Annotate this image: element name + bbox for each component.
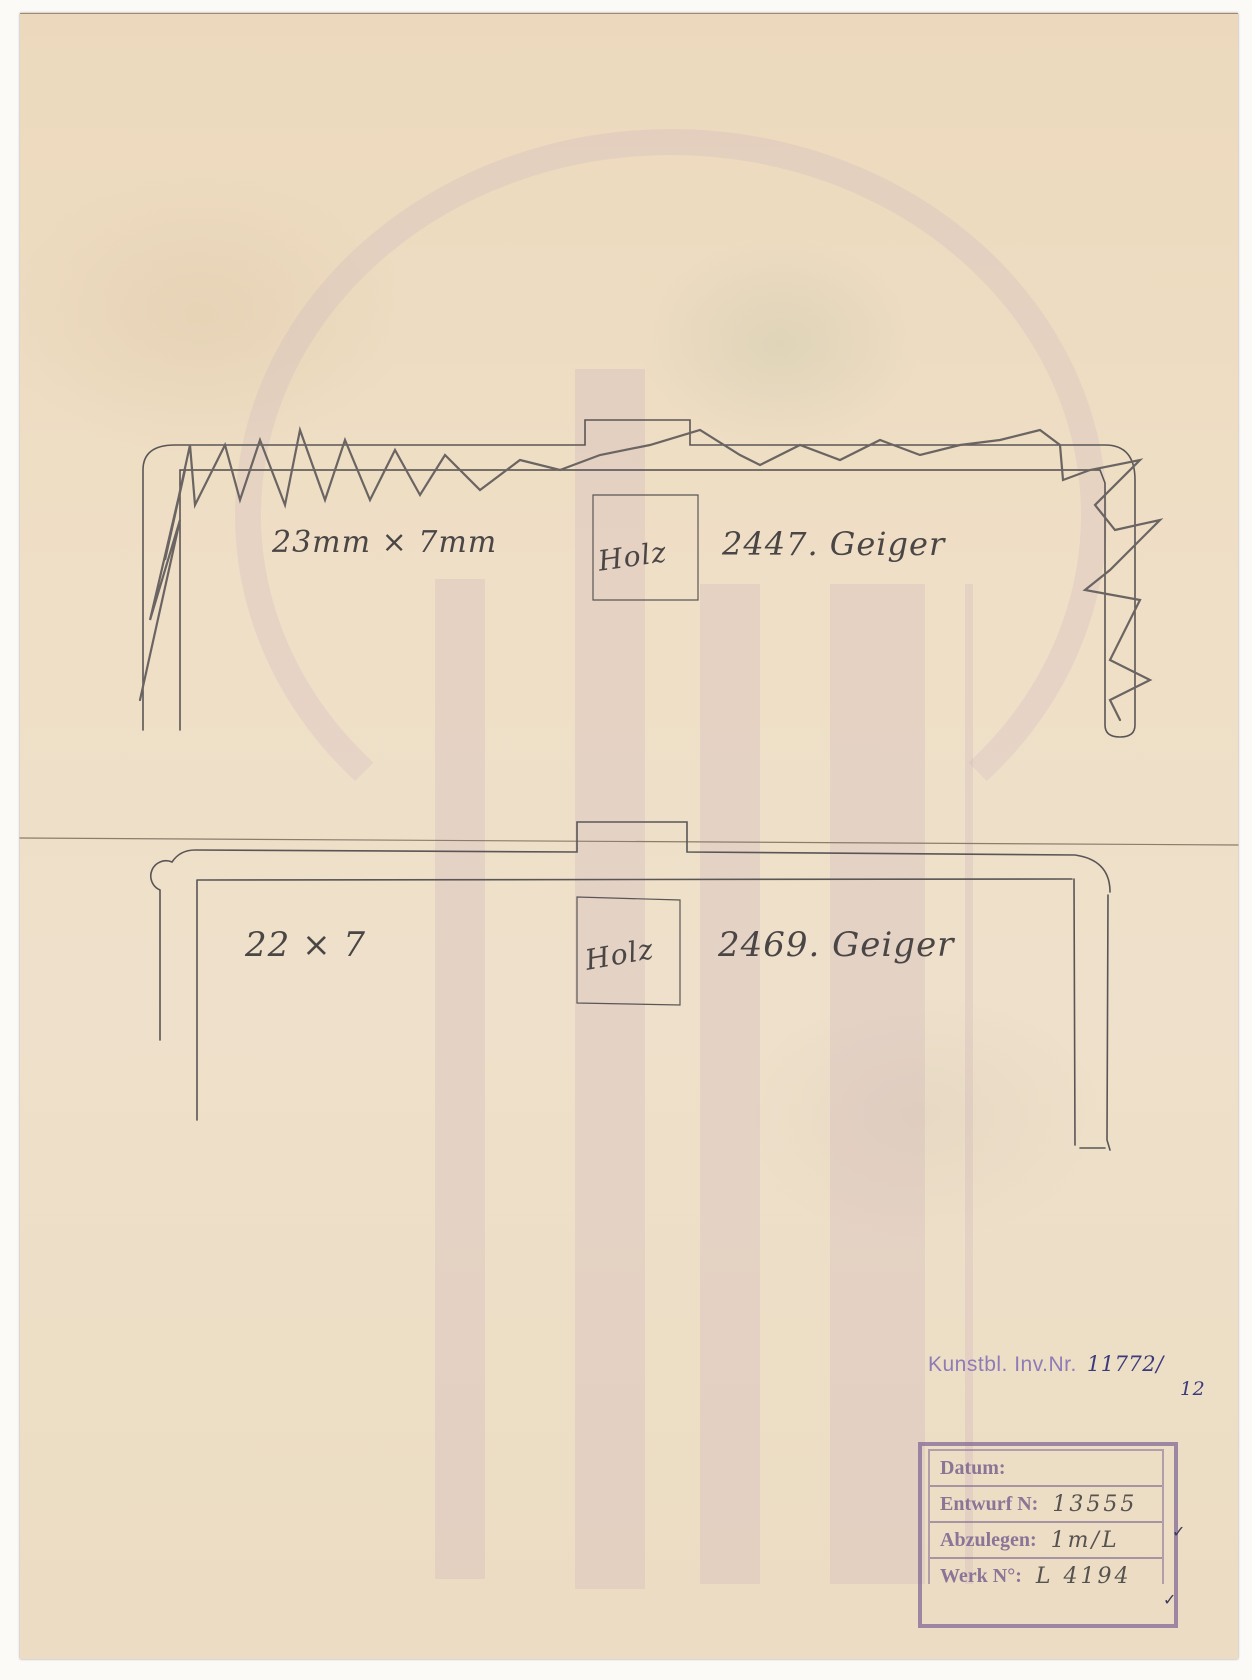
stamp-row-abzulegen: Abzulegen: 1m/L [930,1523,1162,1559]
lower-dimension-text: 22 × 7 [245,925,366,965]
stamp-row-werk: Werk N°: L 4194 [930,1559,1162,1593]
pencil-sketch-layer [0,0,1252,1680]
stamp-label: Entwurf N: [940,1493,1038,1516]
stamp-row-entwurf: Entwurf N: 13555 [930,1487,1162,1523]
inventory-label: Kunstbl. Inv.Nr. [928,1353,1077,1376]
stamp-label: Datum: [940,1457,1006,1480]
stamp-value: 13555 [1052,1492,1137,1517]
upper-dimension-text: 23mm × 7mm [272,525,497,560]
lower-frame-outline [151,822,1110,1150]
lower-reference-text: 2469. Geiger [718,925,954,965]
registry-stamp-inner: Datum: Entwurf N: 13555 Abzulegen: 1m/L … [928,1449,1164,1584]
upper-reference-text: 2447. Geiger [722,525,945,563]
inventory-stamp: Kunstbl. Inv.Nr.11772/ 12 [928,1352,1164,1377]
stamp-value: L 4194 [1036,1564,1132,1589]
fold-line [20,838,1238,845]
stamp-row-datum: Datum: [930,1451,1162,1487]
inventory-number: 11772/ [1087,1352,1164,1376]
checkmark-icon: ✓ [1172,1522,1185,1541]
inventory-sub-number: 12 [1180,1378,1205,1400]
stamp-value: 1m/L [1051,1528,1120,1553]
checkmark-icon: ✓ [1163,1590,1176,1609]
upper-scribble [140,430,1160,720]
stamp-label: Abzulegen: [940,1529,1037,1552]
registry-stamp: Datum: Entwurf N: 13555 Abzulegen: 1m/L … [918,1442,1178,1628]
stamp-label: Werk N°: [940,1565,1022,1588]
